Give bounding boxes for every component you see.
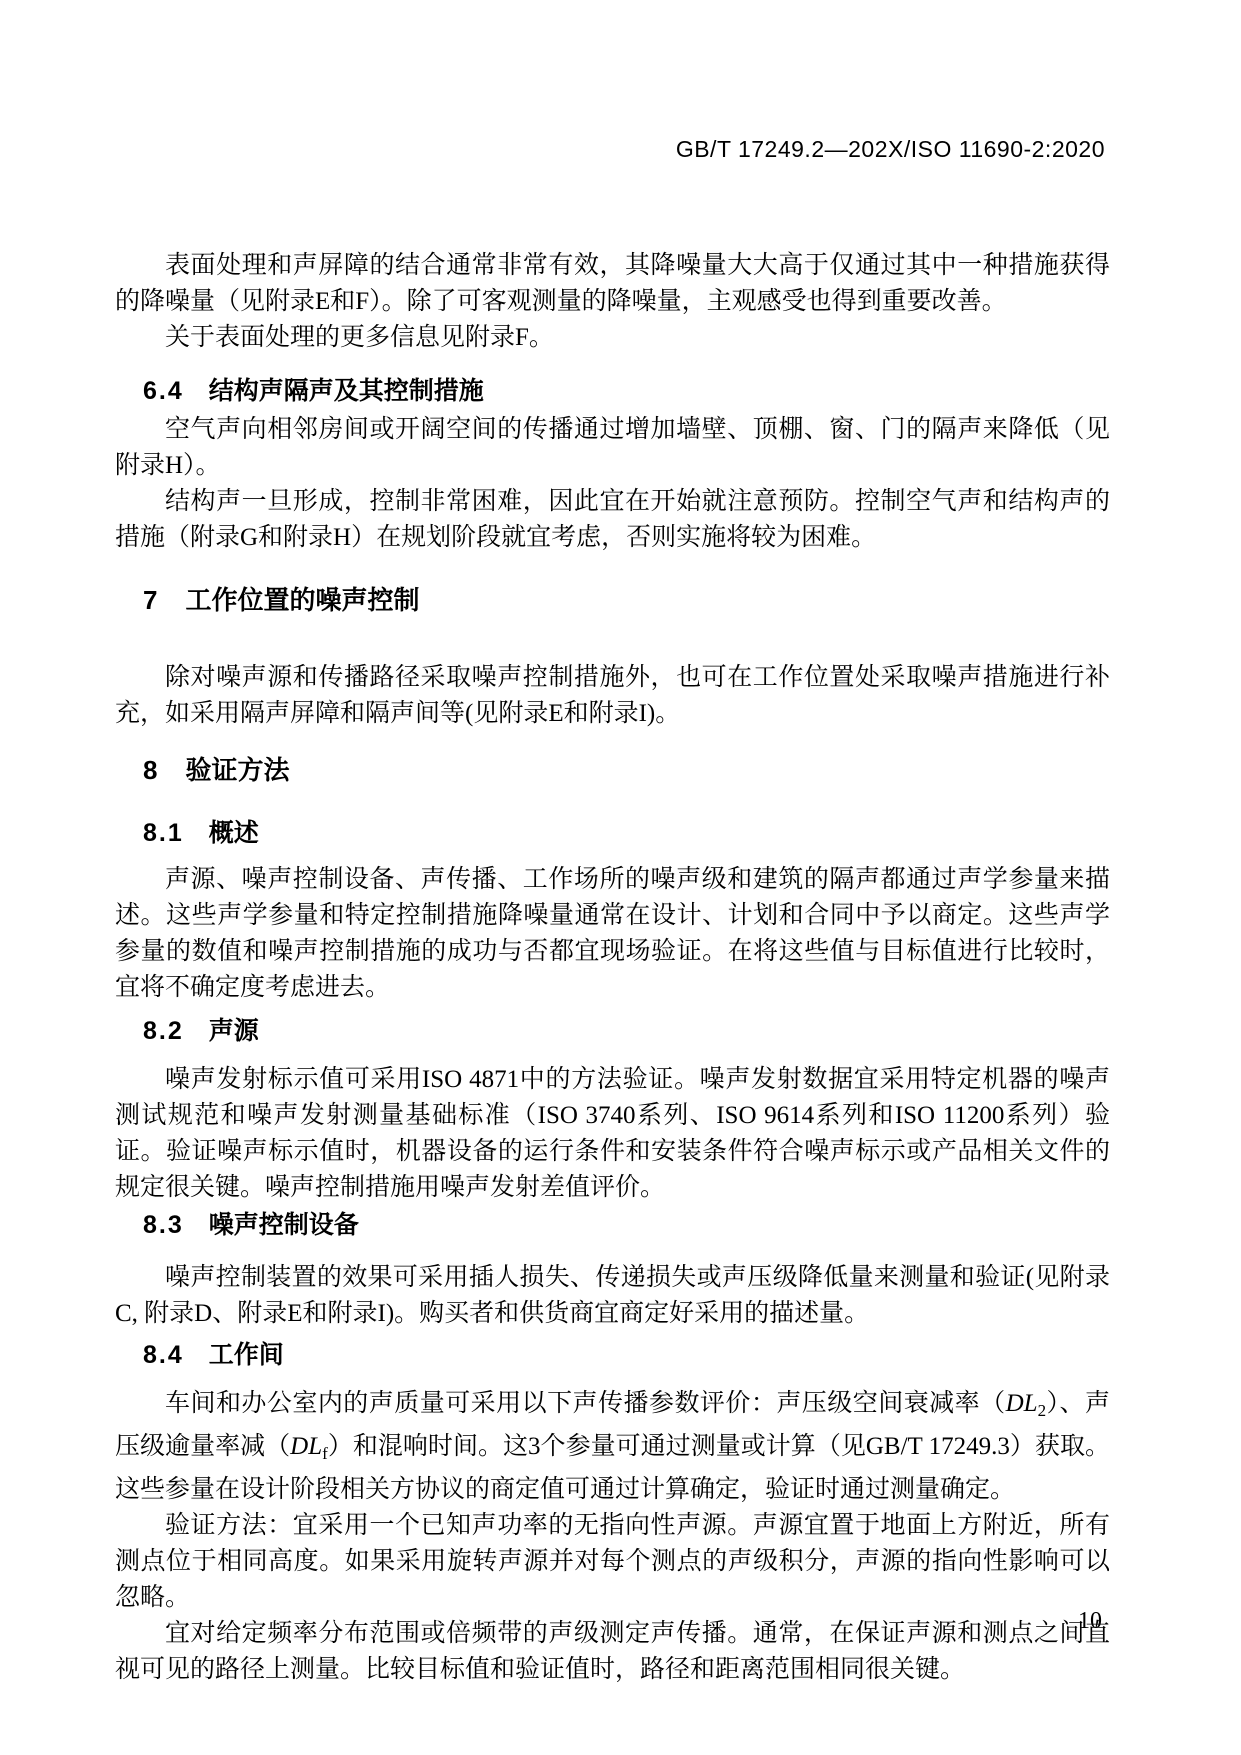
document-content: 表面处理和声屏障的结合通常非常有效，其降噪量大大高于仅通过其中一种措施获得的降噪… [115, 0, 1110, 1688]
paragraph-verification-method: 验证方法：宜采用一个已知声功率的无指向性声源。声源宜置于地面上方附近，所有测点位… [115, 1508, 1110, 1616]
clause-number: 8.3 [143, 1211, 184, 1239]
heading-7: 7工作位置的噪声控制 [115, 584, 1110, 616]
heading-8: 8验证方法 [115, 754, 1110, 786]
clause-number: 8.2 [143, 1017, 184, 1045]
text-segment: 车间和办公室内的声质量可采用以下声传播参数评价：声压级空间衰减率（ [165, 1390, 1006, 1417]
paragraph-structure-borne-sound: 结构声一旦形成，控制非常困难，因此宜在开始就注意预防。控制空气声和结构声的措施（… [115, 484, 1110, 556]
heading-8-1: 8.1概述 [115, 818, 1110, 848]
clause-number: 7 [143, 585, 159, 615]
clause-number: 8.1 [143, 819, 184, 847]
clause-title: 声源 [209, 1017, 259, 1045]
clause-title: 工作间 [209, 1341, 284, 1369]
page-number: 10 [1078, 1606, 1102, 1636]
clause-title: 噪声控制设备 [209, 1211, 359, 1239]
paragraph-see-annex-f: 关于表面处理的更多信息见附录F。 [115, 320, 1110, 356]
clause-number: 8 [143, 755, 159, 785]
paragraph-overview: 声源、噪声控制设备、声传播、工作场所的噪声级和建筑的隔声都通过声学参量来描述。这… [115, 862, 1110, 1006]
clause-title: 验证方法 [185, 755, 289, 785]
clause-number: 8.4 [143, 1341, 184, 1369]
heading-8-3: 8.3噪声控制设备 [115, 1210, 1110, 1240]
heading-6-4: 6.4结构声隔声及其控制措施 [115, 376, 1110, 406]
paragraph-surface-treatment: 表面处理和声屏障的结合通常非常有效，其降噪量大大高于仅通过其中一种措施获得的降噪… [115, 248, 1110, 320]
heading-8-4: 8.4工作间 [115, 1340, 1110, 1370]
paragraph-frequency-bands: 宜对给定频率分布范围或倍频带的声级测定声传播。通常，在保证声源和测点之间直视可见… [115, 1616, 1110, 1688]
paragraph-workrooms: 车间和办公室内的声质量可采用以下声传播参数评价：声压级空间衰减率（DL2）、声压… [115, 1386, 1110, 1508]
document-page: GB/T 17249.2—202X/ISO 11690-2:2020 表面处理和… [0, 0, 1241, 1755]
heading-8-2: 8.2声源 [115, 1016, 1110, 1046]
paragraph-workplace-noise: 除对噪声源和传播路径采取噪声控制措施外，也可在工作位置处采取噪声措施进行补充，如… [115, 660, 1110, 732]
clause-title: 工作位置的噪声控制 [185, 585, 419, 615]
paragraph-noise-control-devices: 噪声控制装置的效果可采用插人损失、传递损失或声压级降低量来测量和验证(见附录C,… [115, 1260, 1110, 1332]
paragraph-sound-sources: 噪声发射标示值可采用ISO 4871中的方法验证。噪声发射数据宜采用特定机器的噪… [115, 1062, 1110, 1206]
symbol-DL2: DL2 [1006, 1390, 1046, 1417]
clause-title: 结构声隔声及其控制措施 [209, 377, 484, 405]
paragraph-airborne-sound: 空气声向相邻房间或开阔空间的传播通过增加墙壁、顶棚、窗、门的隔声来降低（见附录H… [115, 412, 1110, 484]
clause-number: 6.4 [143, 377, 184, 405]
symbol-DLf: DLf [290, 1433, 328, 1460]
clause-title: 概述 [209, 819, 259, 847]
